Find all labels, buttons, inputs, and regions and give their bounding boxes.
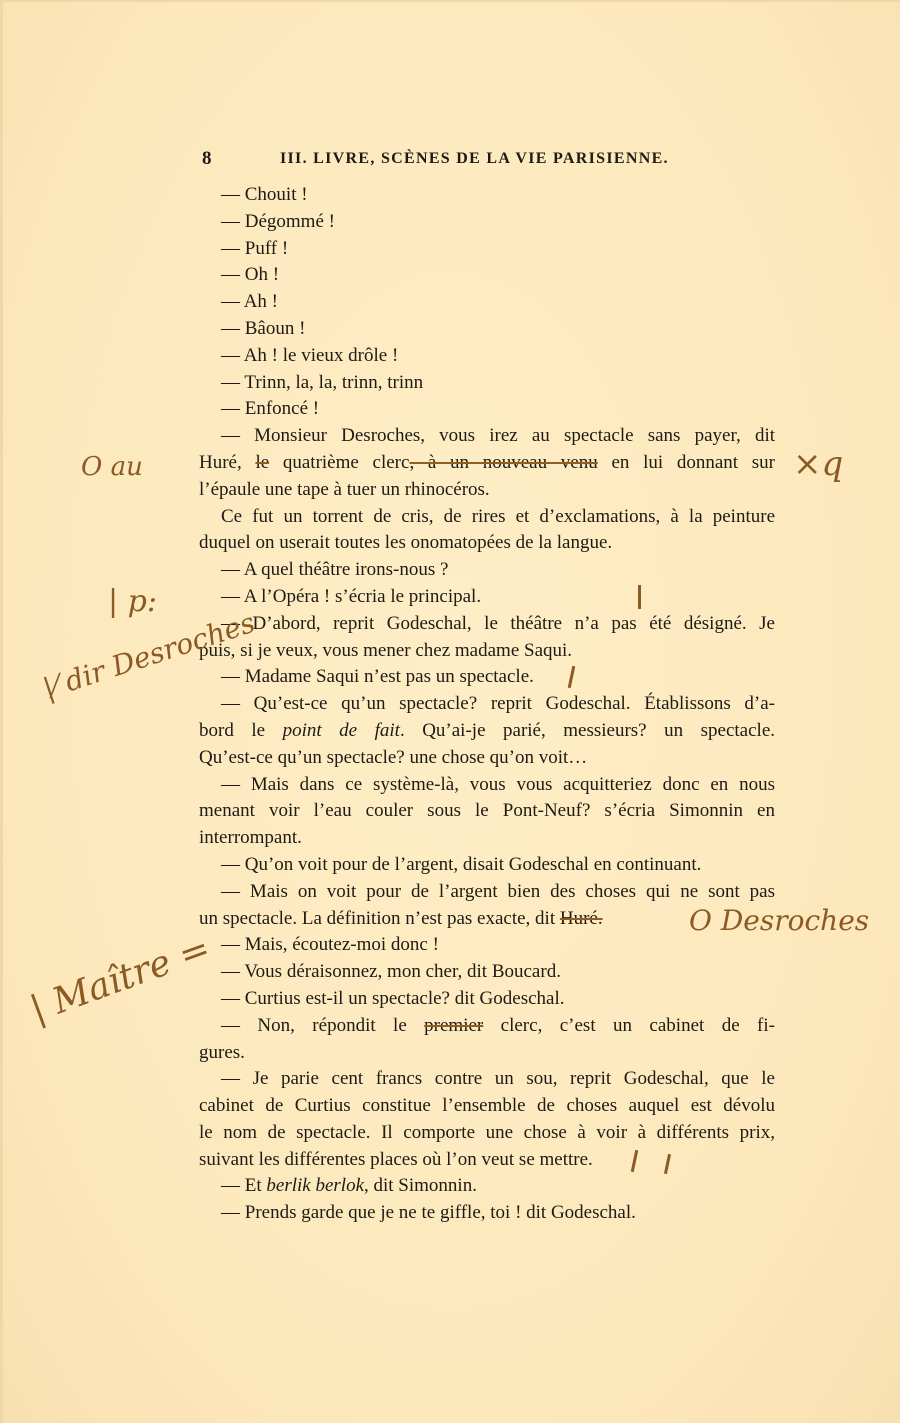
body-text: — Chouit ! — Dégommé ! — Puff ! — Oh ! —…: [199, 182, 775, 1227]
text-line: — A l’Opéra ! s’écria le principal.: [199, 584, 775, 611]
text-line: Ce fut un torrent de cris, de rires et d…: [199, 504, 775, 531]
text-line-edited: — Non, répondit le premier clerc, c’est …: [199, 1013, 775, 1040]
text-line: — Je parie cent francs contre un sou, re…: [199, 1066, 775, 1093]
text-line: duquel on userait toutes les onomatopées…: [199, 530, 775, 557]
pen-mark: [638, 585, 641, 609]
text-line: — Monsieur Desroches, vous irez au spect…: [199, 423, 775, 450]
text-line: le nom de spectacle. Il comporte une cho…: [199, 1120, 775, 1147]
running-head: III. LIVRE, SCÈNES DE LA VIE PARISIENNE.: [280, 150, 669, 168]
text-line: — Qu’on voit pour de l’argent, disait Go…: [199, 852, 775, 879]
text-line: — Trinn, la, la, trinn, trinn: [199, 370, 775, 397]
text-line: gures.: [199, 1040, 775, 1067]
text-line: — Puff !: [199, 236, 775, 263]
text-line: — Mais on voit pour de l’argent bien des…: [199, 879, 775, 906]
text-line: — D’abord, reprit Godeschal, le théâtre …: [199, 611, 775, 638]
text-line: — Madame Saqui n’est pas un spectacle.: [199, 664, 775, 691]
italic-phrase: point de fait: [283, 720, 400, 741]
text-line: — Dégommé !: [199, 209, 775, 236]
struck-phrase: , à un nouveau venu: [409, 452, 597, 473]
margin-annotation: O au: [81, 452, 143, 482]
text-line: interrompant.: [199, 825, 775, 852]
text-line: — Qu’est-ce qu’un spectacle? reprit Gode…: [199, 691, 775, 718]
margin-annotation: ×q: [793, 444, 843, 484]
text-line: — A quel théâtre irons-nous ?: [199, 557, 775, 584]
page-header: 8 III. LIVRE, SCÈNES DE LA VIE PARISIENN…: [202, 148, 702, 172]
text-line: menant voir l’eau couler sous le Pont-Ne…: [199, 798, 775, 825]
text-line: — Bâoun !: [199, 316, 775, 343]
text-line: l’épaule une tape à tuer un rhinocéros.: [199, 477, 775, 504]
text-line: — Vous déraisonnez, mon cher, dit Boucar…: [199, 959, 775, 986]
text-line-edited: Huré, le quatrième clerc, à un nouveau v…: [199, 450, 775, 477]
text-line: — Curtius est-il un spectacle? dit Godes…: [199, 986, 775, 1013]
text-line: Qu’est-ce qu’un spectacle? une chose qu’…: [199, 745, 775, 772]
text-line: cabinet de Curtius constitue l’ensemble …: [199, 1093, 775, 1120]
text-line: — Ah ! le vieux drôle !: [199, 343, 775, 370]
text-line: puis, si je veux, vous mener chez madame…: [199, 638, 775, 665]
margin-annotation: | Maître =: [25, 928, 216, 1031]
page-number: 8: [202, 148, 212, 170]
text-line: — Mais dans ce système-là, vous vous acq…: [199, 772, 775, 799]
margin-annotation: O Desroches: [689, 904, 869, 937]
struck-word: premier: [424, 1015, 483, 1036]
text-line: — Oh !: [199, 262, 775, 289]
margin-annotation: | p:: [108, 584, 157, 619]
struck-word: Huré.: [560, 908, 603, 929]
struck-word: le: [255, 452, 269, 473]
text-line: — Prends garde que je ne te giffle, toi …: [199, 1200, 775, 1227]
text-line: — Enfoncé !: [199, 396, 775, 423]
text-line: — Ah !: [199, 289, 775, 316]
scanned-page: 8 III. LIVRE, SCÈNES DE LA VIE PARISIENN…: [0, 0, 900, 1423]
text-line: — Chouit !: [199, 182, 775, 209]
text-line: — Et berlik berlok, dit Simonnin.: [199, 1173, 775, 1200]
text-line: bord le point de fait. Qu’ai-je parié, m…: [199, 718, 775, 745]
italic-phrase: berlik berlok: [266, 1175, 364, 1196]
text-line: suivant les différentes places où l’on v…: [199, 1147, 775, 1174]
